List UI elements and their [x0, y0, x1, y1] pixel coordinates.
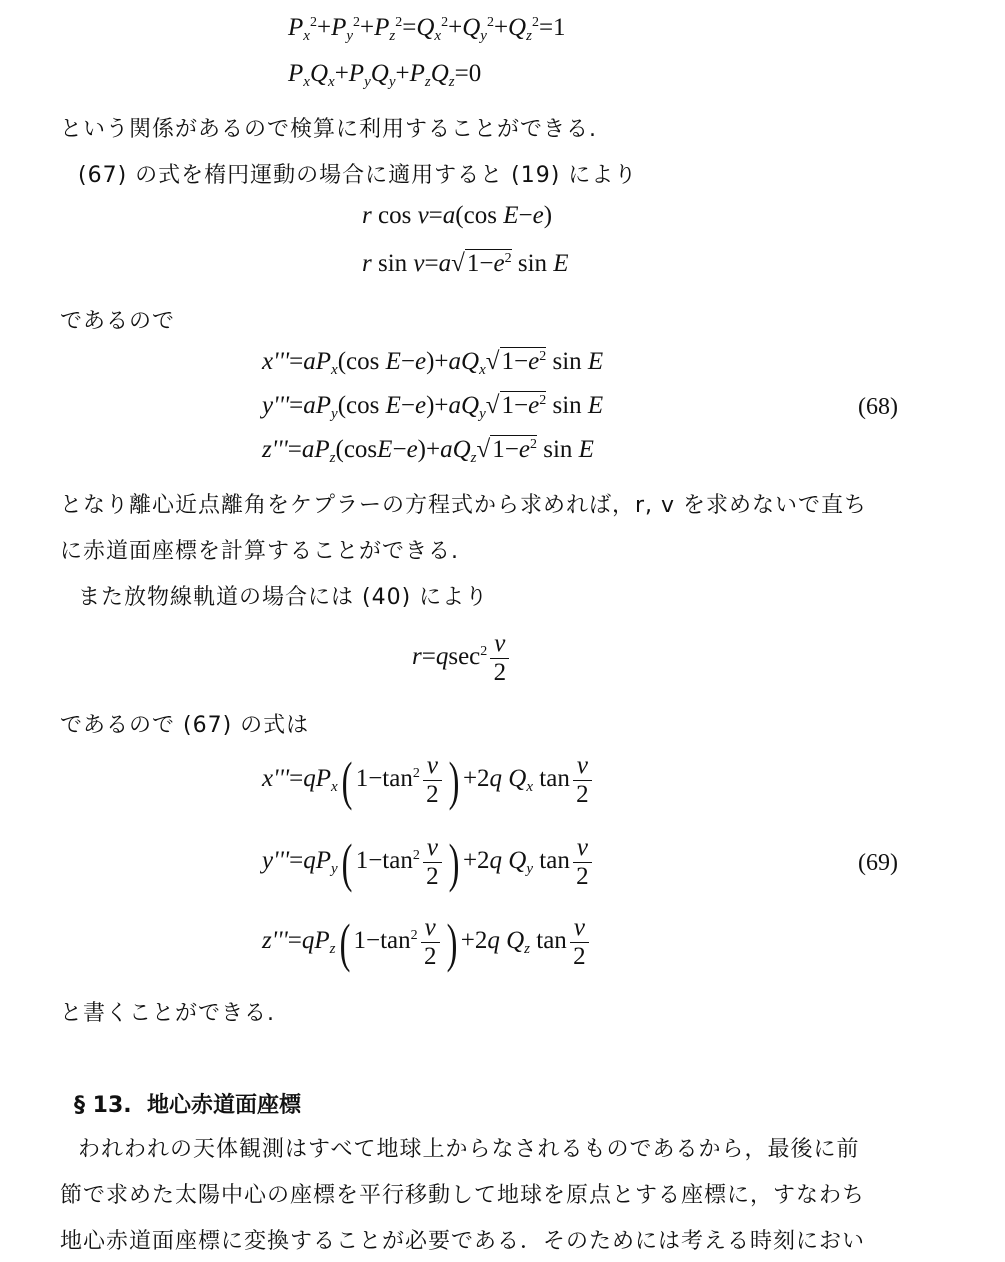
equation-rsin: r sin v=a√1−e2 sin E [362, 250, 569, 278]
equation-parabola: r=qsec2v2 [412, 630, 512, 687]
paragraph-text: 地心赤道面座標に変換することが必要である．そのためには考える時刻におい [60, 1224, 865, 1255]
paragraph-text: 節で求めた太陽中心の座標を平行移動して地球を原点とする座標に，すなわち [60, 1178, 865, 1209]
equation-69-x: x'''=qPx(1−tan2v2)+2q Qx tanv2 [262, 752, 595, 809]
equation-68-z: z'''=aPz(cosE−e)+aQz√1−e2 sin E [262, 436, 594, 467]
equation-number-68: (68) [858, 394, 898, 421]
paragraph-text: という関係があるので検算に利用することができる. [60, 112, 597, 143]
equation-68-y: y'''=aPy(cos E−e)+aQy√1−e2 sin E [262, 392, 603, 423]
paragraph-text: であるので (67) の式は [60, 708, 309, 739]
section-title: 地心赤道面座標 [147, 1093, 301, 1118]
paragraph-text: と書くことができる. [60, 996, 275, 1027]
equation-rcos: r cos v=a(cos E−e) [362, 202, 552, 230]
equation-norm: Px2+Py2+Pz2=Qx2+Qy2+Qz2=1 [288, 14, 566, 45]
equation-orthogonality: PxQx+PyQy+PzQz=0 [288, 60, 481, 91]
paragraph-text: われわれの天体観測はすべて地球上からなされるものであるから，最後に前 [78, 1132, 860, 1163]
equation-number-69: (69) [858, 850, 898, 877]
equation-69-z: z'''=qPz(1−tan2v2)+2q Qz tanv2 [262, 914, 592, 971]
paragraph-text: に赤道面座標を計算することができる. [60, 534, 459, 565]
paragraph-text: (67) の式を楕円運動の場合に適用すると (19) により [78, 158, 637, 189]
equation-69-y: y'''=qPy(1−tan2v2)+2q Qy tanv2 [262, 834, 595, 891]
paragraph-text: であるので [60, 304, 175, 335]
paragraph-text: また放物線軌道の場合には (40) により [78, 580, 488, 611]
section-number: § 13. [74, 1093, 132, 1118]
equation-68-x: x'''=aPx(cos E−e)+aQx√1−e2 sin E [262, 348, 603, 379]
paragraph-text: となり離心近点離角をケプラーの方程式から求めれば，r, v を求めないで直ち [60, 488, 867, 519]
section-heading: § 13. 地心赤道面座標 [74, 1088, 301, 1119]
